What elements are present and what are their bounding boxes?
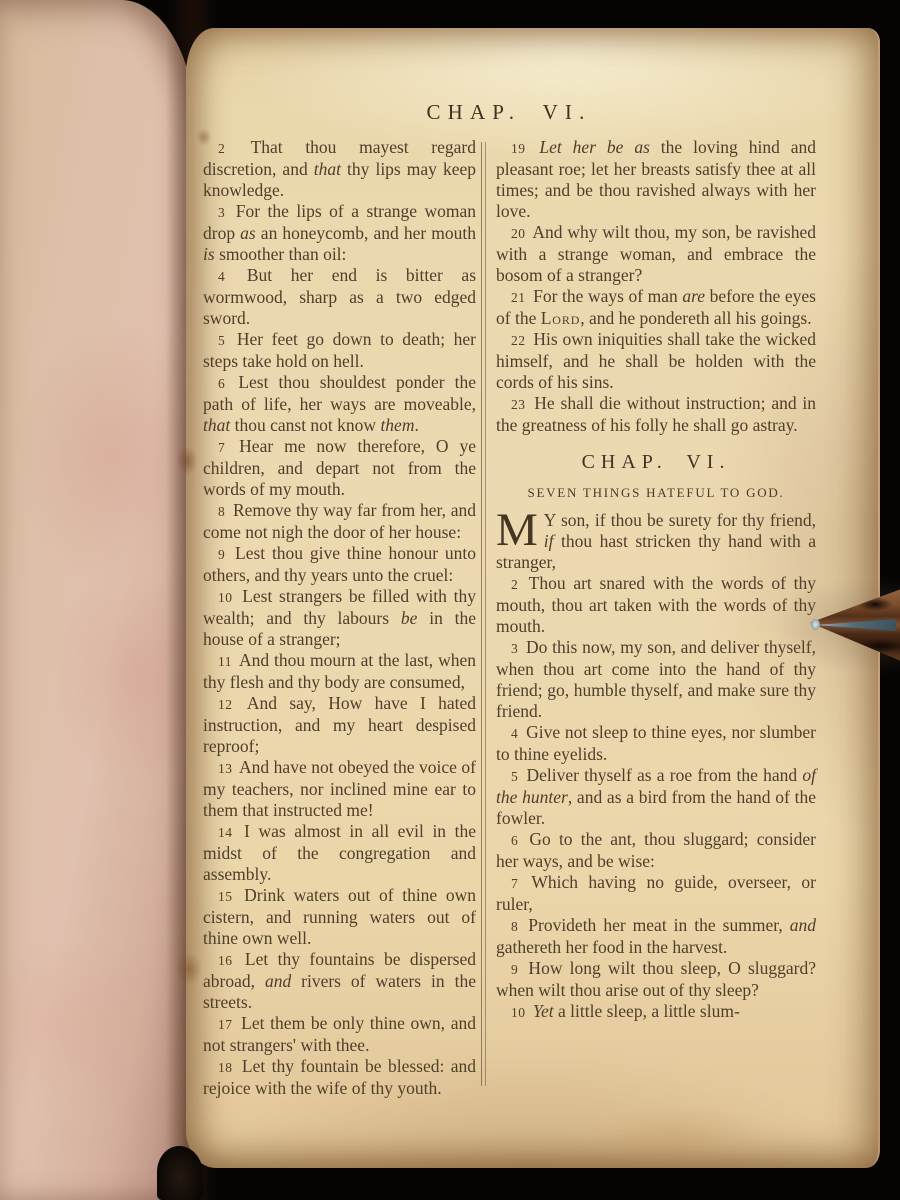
verse-11: 11 And thou mourn at the last, when thy … bbox=[203, 650, 476, 693]
verse-number: 17 bbox=[218, 1017, 236, 1032]
verse-number: 13 bbox=[218, 761, 236, 776]
verse-5: 5 Her feet go down to death; her steps t… bbox=[203, 329, 476, 372]
verse-number: 8 bbox=[511, 919, 521, 934]
verse-number: 21 bbox=[511, 290, 529, 305]
verse-number: 6 bbox=[218, 376, 228, 391]
binding-knob bbox=[157, 1146, 203, 1200]
pencil-point bbox=[811, 619, 820, 630]
verse-23: 23 He shall die without instruction; and… bbox=[496, 393, 816, 436]
verse-number: 10 bbox=[218, 590, 236, 605]
verse-7: 7 Which having no guide, overseer, or ru… bbox=[496, 872, 816, 915]
chapter5-verses: 19 Let her be as the loving hind and ple… bbox=[496, 137, 816, 436]
verse-15: 15 Drink waters out of thine own cistern… bbox=[203, 885, 476, 949]
verse-number: 4 bbox=[218, 269, 228, 284]
verse-number: 15 bbox=[218, 889, 236, 904]
verse-21: 21 For the ways of man are before the ey… bbox=[496, 286, 816, 329]
drop-cap: M bbox=[496, 510, 544, 549]
verse-number: 11 bbox=[218, 654, 235, 669]
verse-2: 2 Thou art snared with the words of thy … bbox=[496, 573, 816, 637]
verse-text: Y son, if thou be surety for thy friend,… bbox=[496, 510, 816, 572]
verse-12: 12 And say, How have I hated instruction… bbox=[203, 693, 476, 757]
verse-20: 20 And why wilt thou, my son, be ravishe… bbox=[496, 222, 816, 286]
verse-number: 2 bbox=[511, 577, 521, 592]
verse-number: 6 bbox=[511, 833, 521, 848]
verse-number: 2 bbox=[218, 141, 228, 156]
column-divider bbox=[481, 142, 486, 1086]
verse-1: MY son, if thou be surety for thy friend… bbox=[496, 510, 816, 573]
verse-number: 9 bbox=[511, 962, 521, 977]
verse-number: 16 bbox=[218, 953, 236, 968]
verse-13: 13 And have not obeyed the voice of my t… bbox=[203, 757, 476, 821]
verse-10: 10 Yet a little sleep, a little slum- bbox=[496, 1001, 816, 1023]
verse-10: 10 Lest strangers be filled with thy wea… bbox=[203, 586, 476, 650]
verse-number: 3 bbox=[218, 205, 228, 220]
verse-16: 16 Let thy fountains be dispersed abroad… bbox=[203, 949, 476, 1013]
verse-22: 22 His own iniquities shall take the wic… bbox=[496, 329, 816, 393]
verse-number: 14 bbox=[218, 825, 236, 840]
right-column: 19 Let her be as the loving hind and ple… bbox=[496, 137, 816, 1023]
verse-18: 18 Let thy fountain be blessed: and rejo… bbox=[203, 1056, 476, 1099]
verse-number: 3 bbox=[511, 641, 521, 656]
chapter-heading: CHAP. VI. bbox=[496, 451, 816, 474]
verse-4: 4 But her end is bitter as wormwood, sha… bbox=[203, 265, 476, 329]
verse-number: 10 bbox=[511, 1005, 529, 1020]
book-photo: CHAP. VI. 2 That thou mayest regard disc… bbox=[0, 0, 900, 1200]
running-head: CHAP. VI. bbox=[202, 100, 816, 125]
verse-number: 18 bbox=[218, 1060, 236, 1075]
verse-3: 3 Do this now, my son, and deliver thyse… bbox=[496, 637, 816, 722]
verse-number: 7 bbox=[511, 876, 521, 891]
verse-3: 3 For the lips of a strange woman drop a… bbox=[203, 201, 476, 265]
verse-number: 4 bbox=[511, 726, 521, 741]
verse-5: 5 Deliver thyself as a roe from the hand… bbox=[496, 765, 816, 829]
verse-17: 17 Let them be only thine own, and not s… bbox=[203, 1013, 476, 1056]
verse-number: 23 bbox=[511, 397, 529, 412]
verse-number: 8 bbox=[218, 504, 228, 519]
verse-number: 22 bbox=[511, 333, 529, 348]
left-column: 2 That thou mayest regard discretion, an… bbox=[203, 137, 476, 1099]
verse-19: 19 Let her be as the loving hind and ple… bbox=[496, 137, 816, 222]
verse-9: 9 How long wilt thou sleep, O sluggard? … bbox=[496, 958, 816, 1001]
verse-number: 12 bbox=[218, 697, 236, 712]
verse-number: 5 bbox=[218, 333, 228, 348]
verse-6: 6 Go to the ant, thou sluggard; consider… bbox=[496, 829, 816, 872]
verse-4: 4 Give not sleep to thine eyes, nor slum… bbox=[496, 722, 816, 765]
verse-number: 5 bbox=[511, 769, 521, 784]
pencil-tip-icon bbox=[810, 588, 900, 662]
verse-9: 9 Lest thou give thine honour unto other… bbox=[203, 543, 476, 586]
verse-8: 8 Remove thy way far from her, and come … bbox=[203, 500, 476, 543]
verse-2: 2 That thou mayest regard discretion, an… bbox=[203, 137, 476, 201]
verse-7: 7 Hear me now therefore, O ye children, … bbox=[203, 436, 476, 500]
chapter6-verses: 2 Thou art snared with the words of thy … bbox=[496, 573, 816, 1023]
chapter-subtitle: SEVEN THINGS HATEFUL TO GOD. bbox=[496, 485, 816, 501]
verse-8: 8 Provideth her meat in the summer, and … bbox=[496, 915, 816, 958]
verse-number: 20 bbox=[511, 226, 529, 241]
verse-6: 6 Lest thou shouldest ponder the path of… bbox=[203, 372, 476, 436]
verse-number: 7 bbox=[218, 440, 228, 455]
verse-14: 14 I was almost in all evil in the midst… bbox=[203, 821, 476, 885]
verse-number: 9 bbox=[218, 547, 228, 562]
verse-number: 19 bbox=[511, 141, 529, 156]
